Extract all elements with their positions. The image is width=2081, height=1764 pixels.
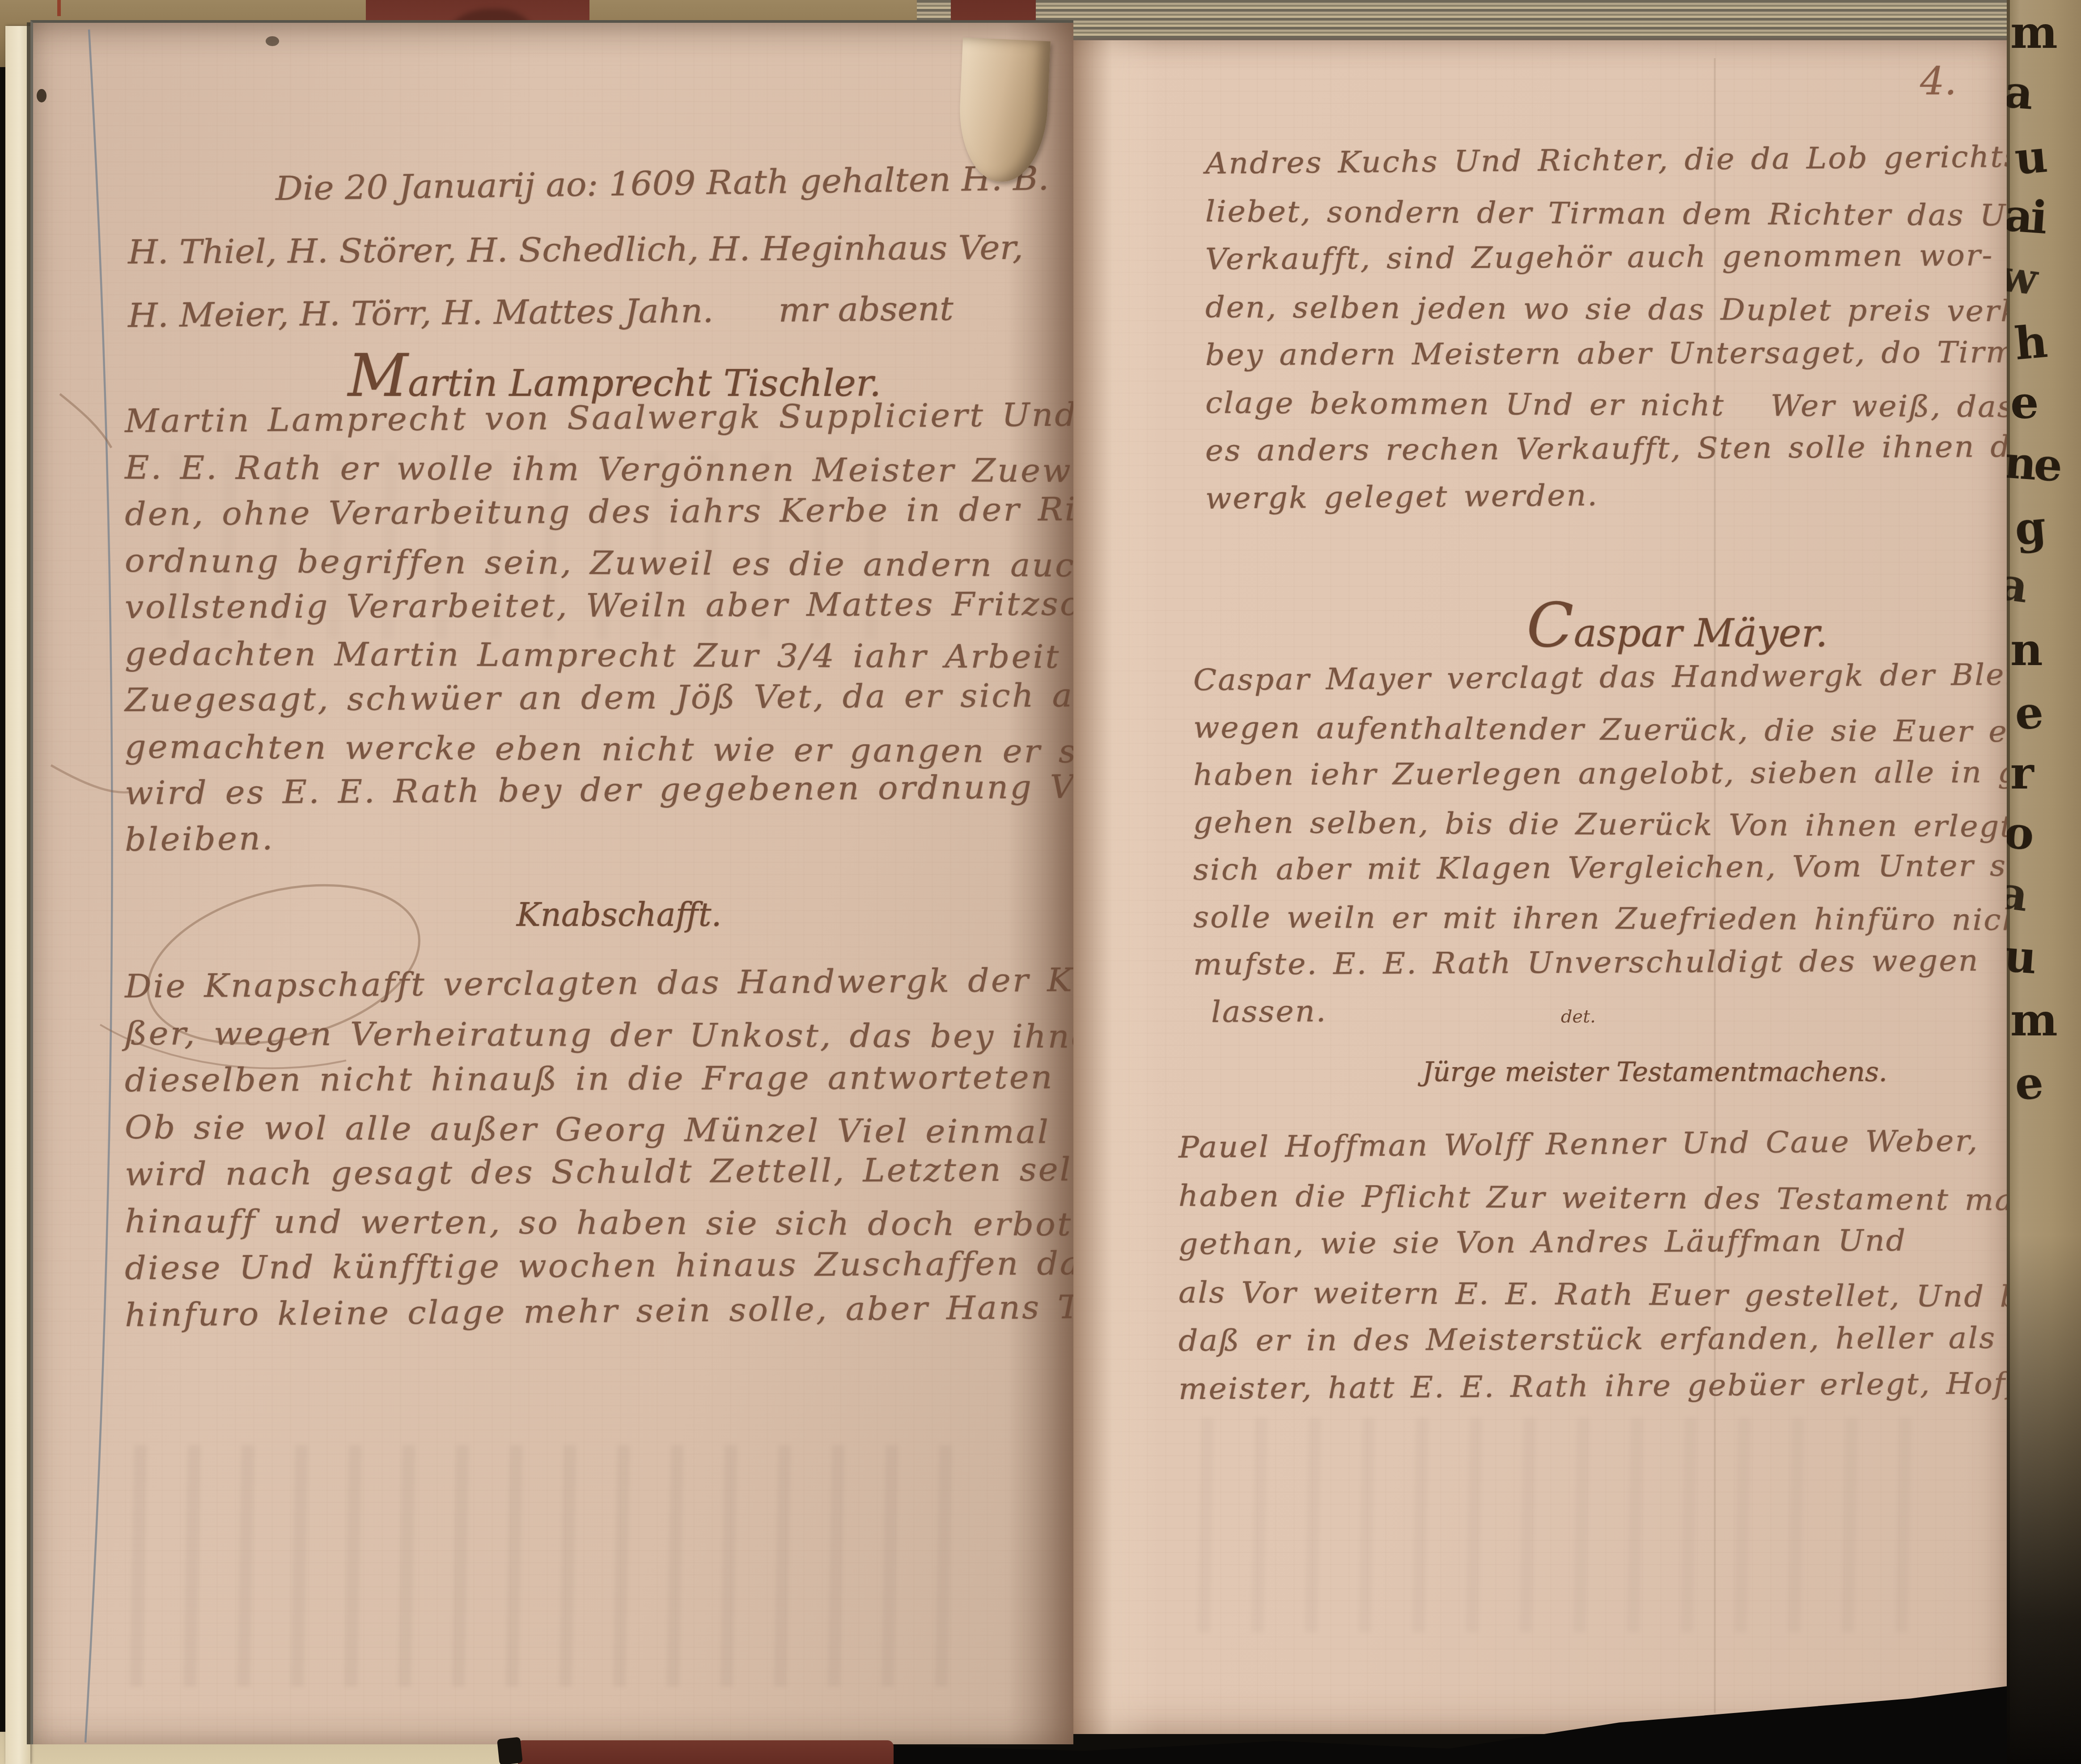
manuscript-line: Martin Lamprecht von Saalwergk Supplicie… (125, 391, 1073, 444)
section-heading-caspar-maeyer: Caspar Mäyer. (1342, 589, 2007, 661)
manuscript-line: diese Und künfftige wochen hinaus Zuscha… (125, 1240, 1073, 1292)
session-date-header: Die 20 Januarij ao: 1609 Rath gehalten H… (128, 157, 1073, 348)
manuscript-line: sich aber mit Klagen Vergleichen, Vom Un… (1193, 842, 2007, 894)
manuscript-line: daß er in des Meisterstück erfanden, hel… (1178, 1314, 2007, 1365)
bottom-notch-shadow (497, 1737, 523, 1764)
manuscript-line: bleiben. (124, 806, 1073, 863)
margin-stroke (51, 765, 129, 793)
interlinear-note: det. (1561, 1006, 1596, 1027)
manuscript-line: meister, hatt E. E. Rath ihre gebüer erl… (1178, 1359, 2007, 1413)
manuscript-line: den, selben jeden wo sie das Duplet prei… (1205, 283, 2007, 335)
gutter-shadow (1006, 23, 1073, 1744)
red-paint-streak (57, 0, 61, 16)
manuscript-line: solle weiln er mit ihren Zuefrieden hinf… (1193, 894, 2007, 944)
manuscript-line: bey andern Meistern aber Untersaget, do … (1205, 328, 2007, 379)
manuscript-line: wird nach gesagt des Schuldt Zettell, Le… (125, 1146, 1073, 1198)
parchment-bottom-shadow (2007, 0, 2081, 1764)
manuscript-line: H. Meier, H. Törr, H. Mattes Jahn. mr ab… (127, 276, 1073, 348)
right-paragraph-3: Pauel Hoffman Wolff Renner Und Caue Webe… (1178, 1124, 1992, 1413)
manuscript-line: als Vor weitern E. E. Rath Euer gestelle… (1178, 1268, 2007, 1321)
margin-rule-line (85, 30, 112, 1743)
manuscript-line: dieselben nicht hinauß in die Frage antw… (125, 1054, 1073, 1104)
manuscript-line: den, ohne Verarbeitung des iahrs Kerbe i… (125, 486, 1073, 537)
ink-blot (37, 89, 47, 102)
left-page: Die 20 Januarij ao: 1609 Rath gehalten H… (30, 20, 1073, 1744)
manuscript-line: Caspar Mayer verclagt das Handwergk der … (1193, 651, 2007, 704)
right-page: 4. Andres Kuchs Und Richter, die da Lob … (1073, 38, 2007, 1734)
manuscript-line: Andres Kuchs Und Richter, die da Lob ger… (1205, 132, 2007, 187)
section-heading-knabschafft: Knabschafft. (257, 896, 981, 933)
manuscript-line: es anders rechen Verkaufft, Sten solle i… (1205, 423, 2007, 475)
manuscript-line: Die Knapschafft verclagten das Handwergk… (125, 956, 1073, 1010)
manuscript-line: lassen. (1211, 983, 2007, 1036)
binding-parchment-strip: mauaiwheneganeroaume (2007, 0, 2081, 1764)
manuscript-line: haben iehr Zuerlegen angelobt, sieben al… (1193, 749, 2007, 799)
left-paragraph-1: Martin Lamprecht von Saalwergk Supplicie… (125, 398, 1073, 863)
bleedthrough-ghost (114, 1445, 963, 1687)
manuscript-line: wergk geleget werden. (1205, 467, 2007, 522)
gutter-highlight (1073, 40, 1158, 1734)
manuscript-line: mufste. E. E. Rath Unverschuldigt des we… (1193, 937, 2007, 988)
right-paragraph-1: Andres Kuchs Und Richter, die da Lob ger… (1205, 140, 2006, 522)
manuscript-line: wegen aufenthaltender Zuerück, die sie E… (1193, 704, 2007, 755)
right-paragraph-2: Caspar Mayer verclagt das Handwergk der … (1193, 657, 1998, 1036)
leather-cover-patch-bottom (518, 1740, 894, 1764)
manuscript-line: Pauel Hoffman Wolff Renner Und Caue Webe… (1178, 1116, 2007, 1172)
manuscript-line: H. Thiel, H. Störer, H. Schedlich, H. He… (128, 216, 1073, 284)
manuscript-line: Die 20 Januarij ao: 1609 Rath gehalten H… (275, 146, 1073, 220)
manuscript-line: gethan, wie sie Von Andres Läuffman Und (1178, 1216, 2007, 1268)
manuscript-line: hinfuro kleine clage mehr sein solle, ab… (125, 1283, 1073, 1339)
bleedthrough-ghost (1181, 1418, 1941, 1633)
manuscript-line: ßer, wegen Verheiratung der Unkost, das … (125, 1010, 1073, 1060)
manuscript-line: vollstendig Verarbeitet, Weiln aber Matt… (125, 581, 1073, 630)
ink-blot (266, 36, 279, 46)
manuscript-line: Zuegesagt, schwüer an dem Jöß Vet, da er… (125, 672, 1073, 723)
subheading-testamentmachens: Jürge meister Testamentmachens. (1306, 1056, 2004, 1088)
manuscript-line: Verkaufft, sind Zugehör auch genommen wo… (1205, 231, 2007, 283)
page-number: 4. (1920, 59, 1957, 104)
margin-stroke (60, 394, 111, 448)
left-paragraph-2: Die Knapschafft verclagten das Handwergk… (125, 963, 1073, 1339)
book-spread-scan: Die 20 Januarij ao: 1609 Rath gehalten H… (0, 0, 2081, 1764)
